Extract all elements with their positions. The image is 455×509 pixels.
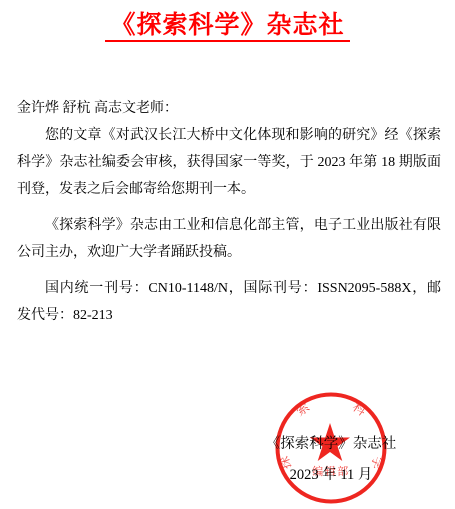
paragraph-issn: 国内统一刊号：CN10-1148/N，国际刊号：ISSN2095-588X，邮发… <box>17 275 441 329</box>
stamp-arc-char: 索 <box>293 399 312 419</box>
signature-block: 《探索科学》杂志社 2023 年 11 月 <box>240 429 422 491</box>
letter-title-text: 《探索科学》杂志社 <box>105 12 349 42</box>
signature-name: 《探索科学》杂志社 <box>240 429 422 460</box>
letter-page: 《探索科学》杂志社 金许烨 舒杭 高志文老师： 您的文章《对武汉长江大桥中文化体… <box>0 0 455 509</box>
salutation: 金许烨 舒杭 高志文老师： <box>17 95 441 122</box>
stamp-arc-char: 科 <box>350 399 369 419</box>
paragraph-publisher: 《探索科学》杂志由工业和信息化部主管，电子工业出版社有限公司主办，欢迎广大学者踊… <box>17 212 441 266</box>
paragraph-acceptance: 您的文章《对武汉长江大桥中文化体现和影响的研究》经《探索科学》杂志社编委会审核，… <box>17 122 441 203</box>
letter-body: 金许烨 舒杭 高志文老师： 您的文章《对武汉长江大桥中文化体现和影响的研究》经《… <box>17 95 441 329</box>
letter-title: 《探索科学》杂志社 <box>0 10 455 42</box>
signature-date: 2023 年 11 月 <box>240 460 422 491</box>
